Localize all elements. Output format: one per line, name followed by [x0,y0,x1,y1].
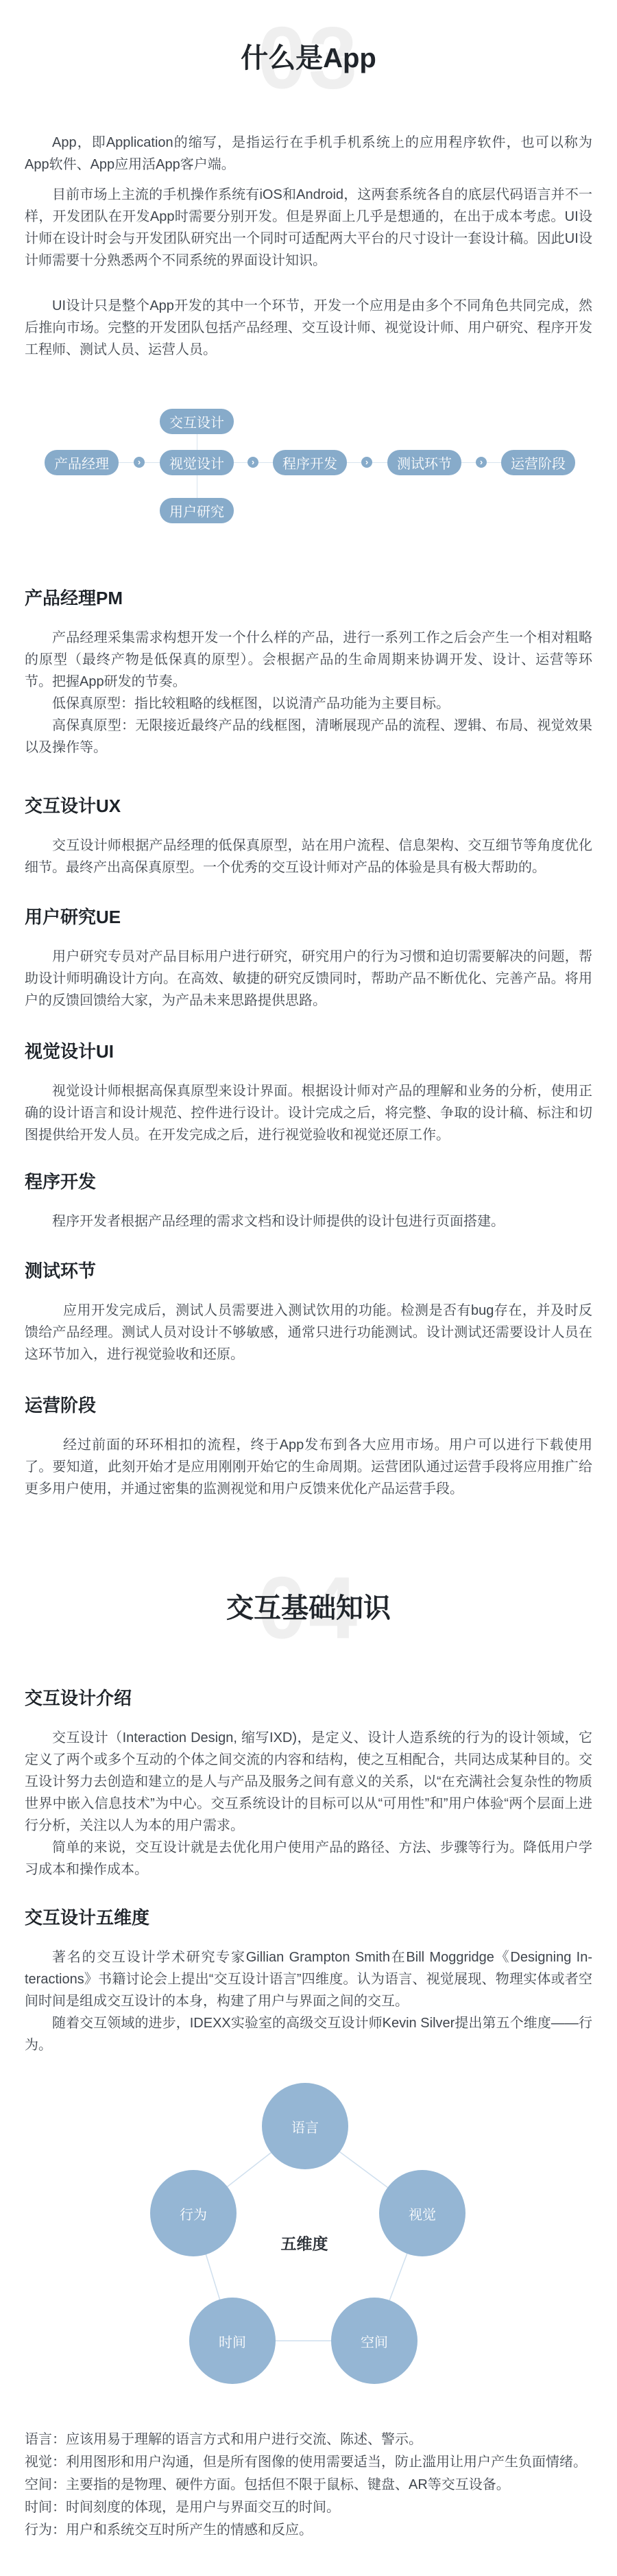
flow-node-visual-design: 视觉设计 [160,450,234,475]
dimension-center-label: 五维度 [281,2232,328,2254]
section-heading-dev: 程序开发 [25,1169,592,1194]
flow-node-development: 程序开发 [273,450,347,475]
flow-node-testing: 测试环节 [387,450,461,475]
chapter-title-block-1: 03 什么是App [25,21,592,96]
section-paragraph: 经过前面的环环相扣的流程，终于App发布到各大应用市场。用户可以进行下载使用了。… [25,1434,592,1500]
section-paragraph: 高保真原型：无限接近最终产品的线框图，清晰展现产品的流程、逻辑、布局、视觉效果以… [25,715,592,759]
definition-line: 空间：主要指的是物理、硬件方面。包括但不限于鼠标、键盘、AR等交互设备。 [25,2474,592,2496]
chevron-right-icon: › [361,457,372,468]
definition-line: 时间：时间刻度的体现，是用户与界面交互的时间。 [25,2496,592,2519]
section-paragraph: 产品经理采集需求构想开发一个什么样的产品，进行一系列工作之后会产生一个相对粗略的… [25,627,592,693]
dimension-node-behavior: 行为 [150,2170,237,2256]
chevron-right-icon: › [134,457,145,468]
section-paragraph: 著名的交互设计学术研究专家Gillian Grampton Smith在Bill… [25,1946,592,2012]
flow-node-user-research: 用户研究 [160,498,234,523]
section-heading-test: 测试环节 [25,1259,592,1283]
page-title-interaction-basics: 交互基础知识 [226,1593,391,1623]
section-paragraph: 程序开发者根据产品经理的需求文档和设计师提供的设计包进行页面搭建。 [25,1211,592,1232]
section-paragraph: 用户研究专员对产品目标用户进行研究，研究用户的行为习惯和迫切需要解决的问题，帮助… [25,946,592,1012]
section-heading-pm: 产品经理PM [25,586,592,610]
section-paragraph: 视觉设计师根据高保真原型来设计界面。根据设计师对产品的理解和业务的分析，使用正确… [25,1080,592,1146]
definition-line: 语言：应该用易于理解的语言方式和用户进行交流、陈述、警示。 [25,2429,592,2451]
definition-line: 行为：用户和系统交互时所产生的情感和反应。 [25,2519,592,2542]
flow-node-product-manager: 产品经理 [45,450,119,475]
section-paragraph: 交互设计（Interaction Design, 缩写IXD)，是定义、设计人造… [25,1727,592,1837]
chevron-right-icon: › [247,457,258,468]
section-heading-ue: 用户研究UE [25,905,592,929]
app-dev-flow-diagram: 交互设计 产品经理 视觉设计 程序开发 测试环节 运营阶段 用户研究 › › ›… [25,406,592,523]
section-heading-operation: 运营阶段 [25,1393,592,1418]
intro-paragraph: UI设计只是整个App开发的其中一个环节，开发一个应用是由多个不同角色共同完成，… [25,295,592,361]
section-paragraph: 应用开发完成后，测试人员需要进入测试饮用的功能。检测是否有bug存在，并及时反馈… [25,1300,592,1365]
definition-line: 视觉：利用图形和用户沟通，但是所有图像的使用需要适当，防止滥用让用户产生负面情绪… [25,2451,592,2474]
section-paragraph: 随着交互领域的进步，IDEXX实验室的高级交互设计师Kevin Silver提出… [25,2012,592,2056]
page-title-what-is-app: 什么是App [241,43,376,73]
section-heading-ux: 交互设计UX [25,794,592,818]
chevron-right-icon: › [476,457,487,468]
section-heading-ixd-intro: 交互设计介绍 [25,1686,592,1710]
dimension-node-visual: 视觉 [379,2170,465,2256]
section-paragraph: 交互设计师根据产品经理的低保真原型，站在用户流程、信息架构、交互细节等角度优化细… [25,835,592,879]
dimension-node-language: 语言 [262,2083,348,2169]
five-dimensions-diagram: 语言 行为 视觉 时间 空间 五维度 [25,2083,592,2392]
flow-node-interaction-design: 交互设计 [160,409,234,434]
section-paragraph: 简单的来说，交互设计就是去优化用户使用产品的路径、方法、步骤等行为。降低用户学习… [25,1837,592,1881]
section-heading-ui: 视觉设计UI [25,1039,592,1064]
chapter-title-block-2: 04 交互基础知识 [25,1571,592,1646]
intro-paragraph: 目前市场上主流的手机操作系统有iOS和Android，这两套系统各自的底层代码语… [25,184,592,272]
intro-paragraph: App，即Application的缩写，是指运行在手机手机系统上的应用程序软件，… [25,132,592,176]
flow-node-operation: 运营阶段 [501,450,575,475]
dimension-node-space: 空间 [331,2298,418,2384]
document-page: 03 什么是App App，即Application的缩写，是指运行在手机手机系… [0,0,617,2576]
dimension-node-time: 时间 [189,2298,276,2384]
section-paragraph: 低保真原型：指比较粗略的线框图，以说清产品功能为主要目标。 [25,693,592,715]
dimension-definitions: 语言：应该用易于理解的语言方式和用户进行交流、陈述、警示。 视觉：利用图形和用户… [25,2429,592,2542]
section-heading-five-dimensions: 交互设计五维度 [25,1905,592,1930]
